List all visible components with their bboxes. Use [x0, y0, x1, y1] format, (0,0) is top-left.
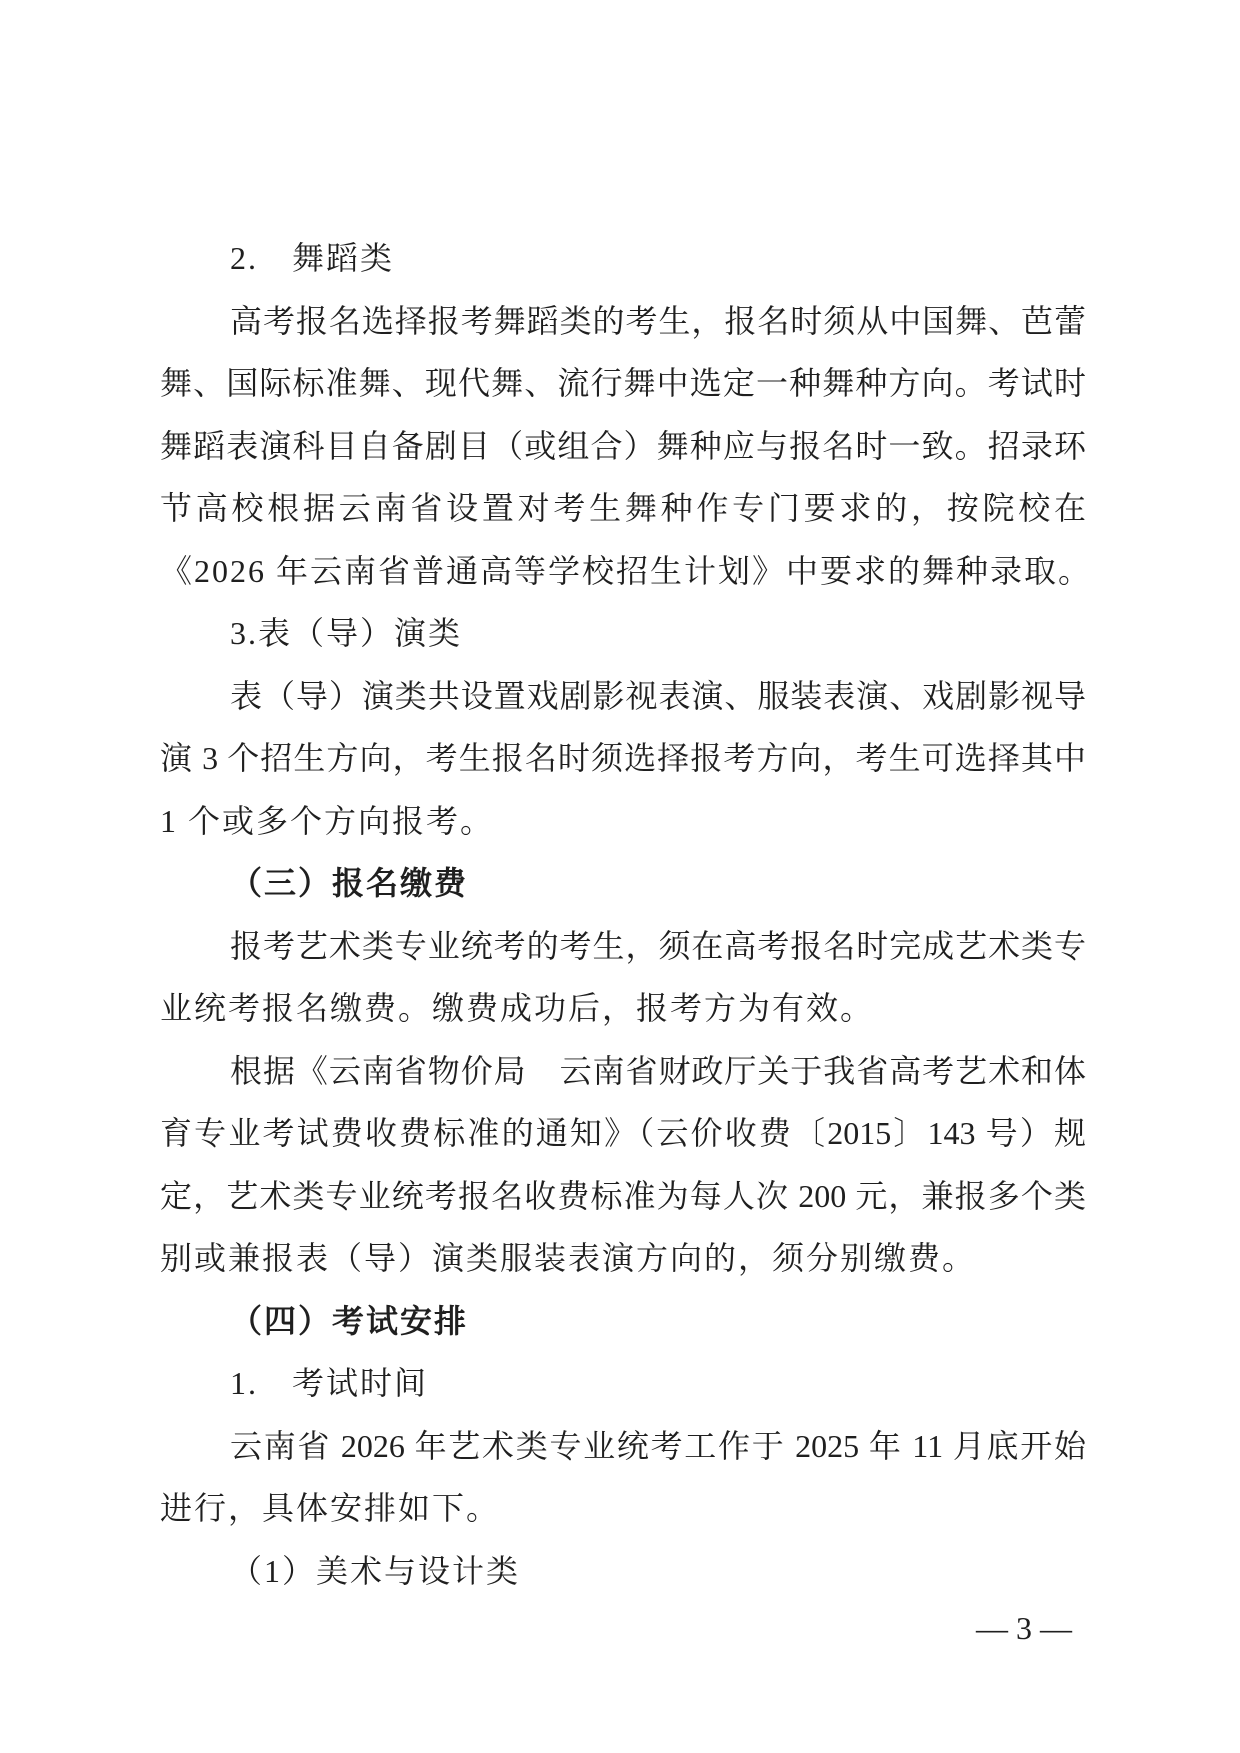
heading-exam-arrangement: （四）考试安排	[160, 1290, 1086, 1353]
heading-performance-category: 3.表（导）演类	[160, 602, 1086, 665]
dance-paragraph-line: 舞蹈表演科目自备剧目（或组合）舞种应与报名时一致。招录环	[160, 415, 1086, 478]
performance-paragraph-line: 1 个或多个方向报考。	[160, 790, 1086, 853]
payment-paragraph-line: 定，艺术类专业统考报名收费标准为每人次 200 元，兼报多个类	[160, 1165, 1086, 1228]
performance-paragraph-line: 演 3 个招生方向，考生报名时须选择报考方向，考生可选择其中	[160, 727, 1086, 790]
dance-paragraph-line: 高考报名选择报考舞蹈类的考生，报名时须从中国舞、芭蕾	[160, 290, 1086, 353]
dance-paragraph-line: 《2026 年云南省普通高等学校招生计划》中要求的舞种录取。	[160, 540, 1086, 603]
performance-paragraph-line: 表（导）演类共设置戏剧影视表演、服装表演、戏剧影视导	[160, 665, 1086, 728]
page-footer: — 3 —	[976, 1608, 1072, 1648]
payment-paragraph-line: 报考艺术类专业统考的考生，须在高考报名时完成艺术类专	[160, 915, 1086, 978]
dance-paragraph-line: 节高校根据云南省设置对考生舞种作专门要求的，按院校在	[160, 477, 1086, 540]
payment-paragraph-line: 育专业考试费收费标准的通知》（云价收费〔2015〕143 号）规	[160, 1102, 1086, 1165]
exam-time-paragraph-line: 云南省 2026 年艺术类专业统考工作于 2025 年 11 月底开始	[160, 1415, 1086, 1478]
exam-time-paragraph-line: 进行，具体安排如下。	[160, 1477, 1086, 1540]
document-body: 2. 舞蹈类 高考报名选择报考舞蹈类的考生，报名时须从中国舞、芭蕾 舞、国际标准…	[160, 227, 1086, 1602]
heading-exam-time: 1. 考试时间	[160, 1352, 1086, 1415]
heading-dance-category: 2. 舞蹈类	[160, 227, 1086, 290]
document-page: 2. 舞蹈类 高考报名选择报考舞蹈类的考生，报名时须从中国舞、芭蕾 舞、国际标准…	[0, 0, 1240, 1753]
heading-art-design-category: （1）美术与设计类	[160, 1540, 1086, 1603]
payment-paragraph-line: 业统考报名缴费。缴费成功后，报考方为有效。	[160, 977, 1086, 1040]
payment-paragraph-line: 别或兼报表（导）演类服装表演方向的，须分别缴费。	[160, 1227, 1086, 1290]
payment-paragraph-line: 根据《云南省物价局 云南省财政厅关于我省高考艺术和体	[160, 1040, 1086, 1103]
page-number: — 3 —	[976, 1610, 1072, 1646]
dance-paragraph-line: 舞、国际标准舞、现代舞、流行舞中选定一种舞种方向。考试时	[160, 352, 1086, 415]
heading-registration-payment: （三）报名缴费	[160, 852, 1086, 915]
